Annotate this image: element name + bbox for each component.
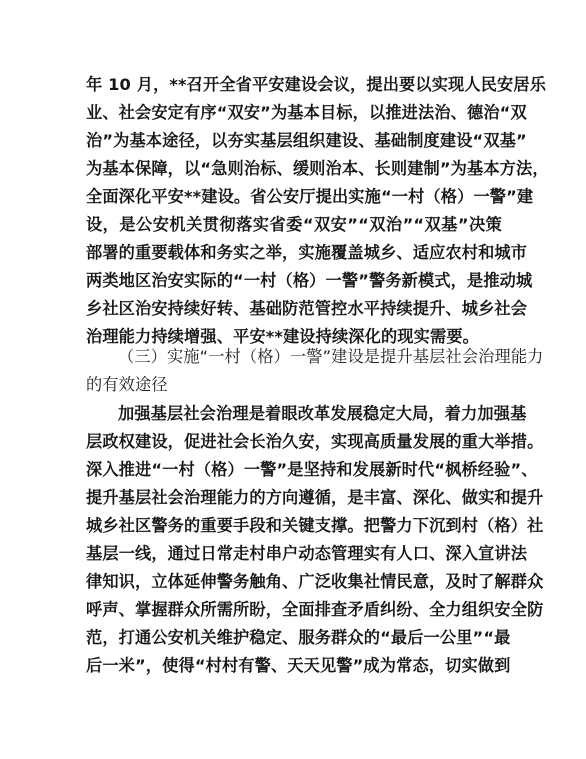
text-line: 呼声、掌握群众所需所盼，全面排查矛盾纠纷、全力组织安全防	[86, 596, 502, 624]
text-line: 提升基层社会治理能力的方向遵循，是丰富、深化、做实和提升	[86, 484, 502, 512]
text-line: 部署的重要载体和务实之举，实施覆盖城乡、适应农村和城市	[86, 239, 502, 267]
heading-line: 的有效途径	[86, 371, 502, 399]
text-line: 年 10 月，**召开全省平安建设会议，提出要以实现人民安居乐	[86, 71, 502, 99]
text-line: 层政权建设，促进社会长治久安，实现高质量发展的重大举措。	[86, 428, 502, 456]
section-heading: （三）实施“一村（格）一警”建设是提升基层社会治理能力 的有效途径	[86, 343, 502, 399]
text-line: 加强基层社会治理是着眼改革发展稳定大局，着力加强基	[86, 400, 502, 428]
text-line: 基层一线，通过日常走村串户动态管理实有人口、深入宣讲法	[86, 540, 502, 568]
text-line: 为基本保障，以“急则治标、缓则治本、长则建制”为基本方法，	[86, 155, 502, 183]
text-line: 设，是公安机关贯彻落实省委“双安”“双治”“双基”决策	[86, 211, 502, 239]
text-line: 城乡社区警务的重要手段和关键支撑。把警力下沉到村（格）社	[86, 512, 502, 540]
heading-line: （三）实施“一村（格）一警”建设是提升基层社会治理能力	[86, 343, 502, 371]
paragraph-body-2: 加强基层社会治理是着眼改革发展稳定大局，着力加强基 层政权建设，促进社会长治久安…	[86, 400, 502, 680]
text-line: 后一米”，使得“村村有警、天天见警”成为常态，切实做到	[86, 652, 502, 680]
paragraph-body-1: 年 10 月，**召开全省平安建设会议，提出要以实现人民安居乐 业、社会安定有序…	[86, 71, 502, 351]
text-line: 乡社区治安持续好转、基础防范管控水平持续提升、城乡社会	[86, 295, 502, 323]
text-line: 治”为基本途径，以夯实基层组织建设、基础制度建设“双基”	[86, 127, 502, 155]
document-page: 年 10 月，**召开全省平安建设会议，提出要以实现人民安居乐 业、社会安定有序…	[0, 0, 586, 759]
text-line: 业、社会安定有序“双安”为基本目标，以推进法治、德治“双	[86, 99, 502, 127]
text-line: 律知识，立体延伸警务触角、广泛收集社情民意，及时了解群众	[86, 568, 502, 596]
text-line: 全面深化平安**建设。省公安厅提出实施“一村（格）一警”建	[86, 183, 502, 211]
text-line: 两类地区治安实际的“一村（格）一警”警务新模式，是推动城	[86, 267, 502, 295]
text-line: 深入推进“一村（格）一警”是坚持和发展新时代“枫桥经验”、	[86, 456, 502, 484]
text-line: 范，打通公安机关维护稳定、服务群众的“最后一公里”“最	[86, 624, 502, 652]
